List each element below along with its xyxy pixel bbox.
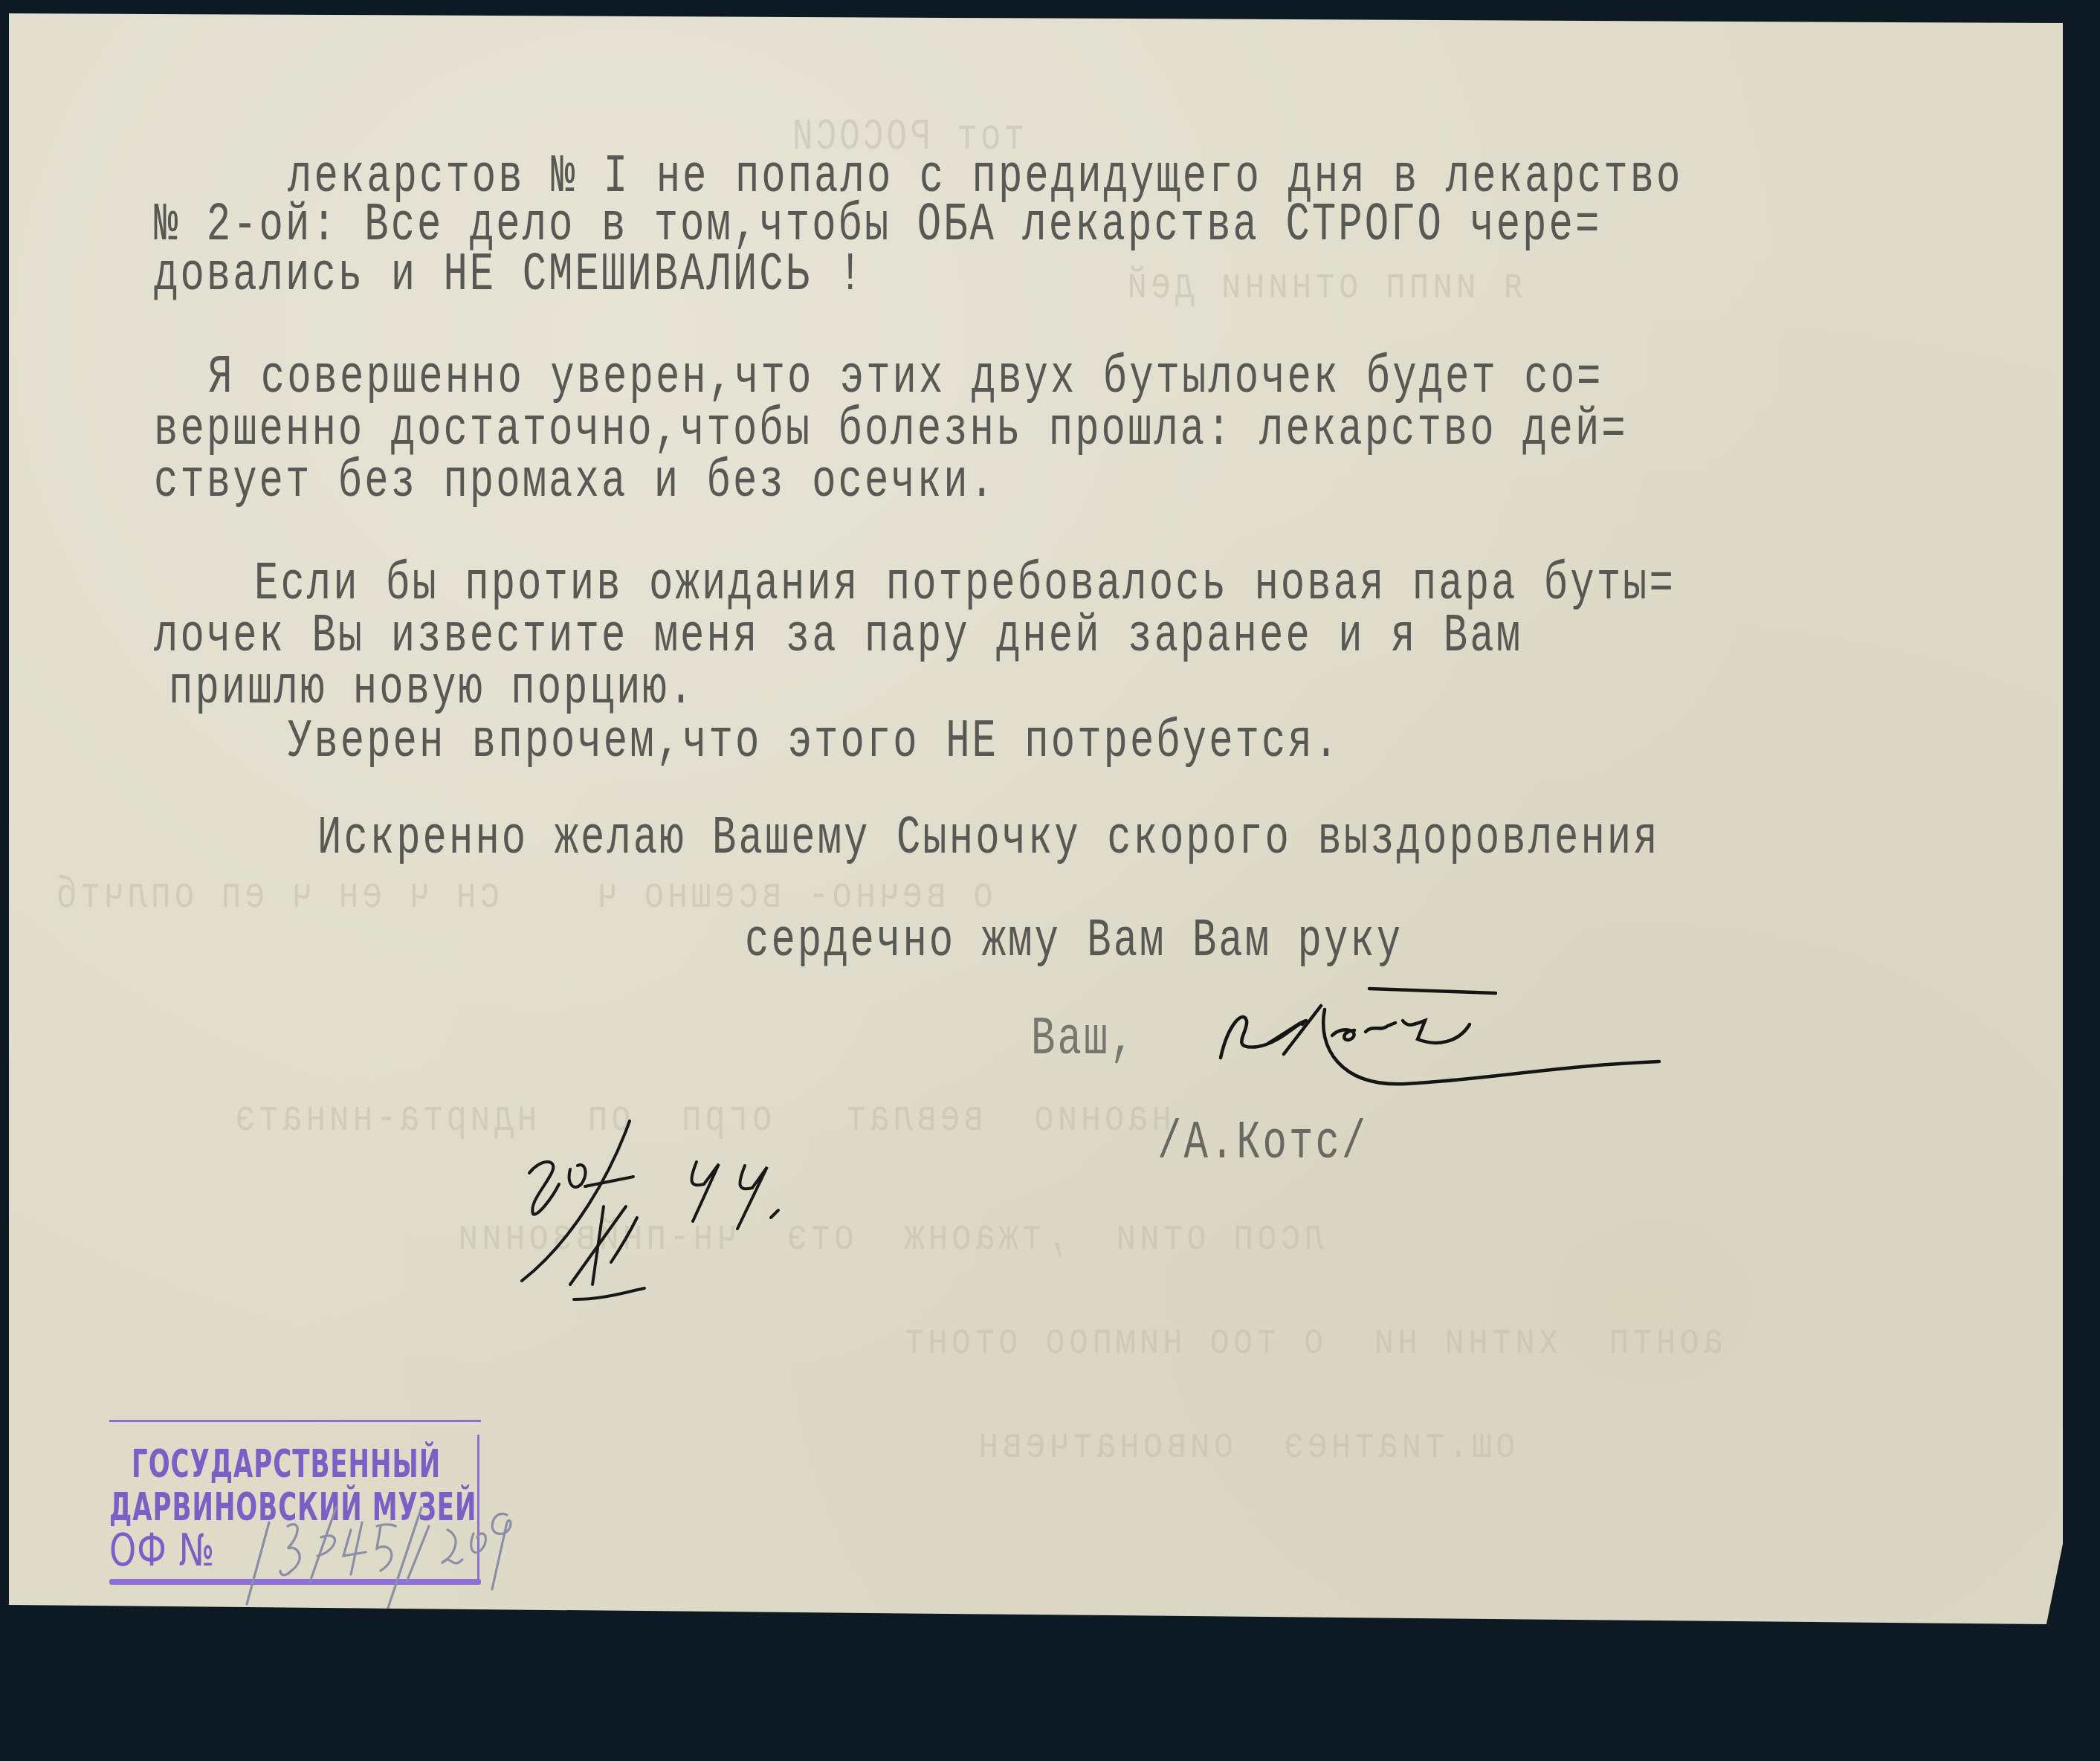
bleed-through-text: аонтп хитни ни о тоо нимпоо отонт bbox=[901, 1316, 1723, 1366]
letter-page: тот РОСОСИ я иипп отнини дей о вечно- вс… bbox=[9, 13, 2063, 1624]
closing-regards: сердечно жму Вам Вам руку bbox=[745, 911, 1403, 972]
letter-text-line: ствует без промаха и без осечки. bbox=[154, 452, 996, 513]
typed-signature-name: /А.Котс/ bbox=[1157, 1114, 1368, 1174]
handwritten-date bbox=[500, 1114, 946, 1351]
letter-text-line: Уверен впрочем,что этого НЕ потребуется. bbox=[288, 712, 1340, 773]
bleed-through-text: я иипп отнини дей bbox=[1124, 260, 1523, 311]
stamp-line-1: ГОСУДАРСТВЕННЫЙ bbox=[132, 1442, 441, 1487]
pencil-inventory-number bbox=[247, 1493, 559, 1664]
letter-text-line: пришлю новую порцию. bbox=[169, 659, 695, 720]
stamp-line-3: ОФ № bbox=[109, 1524, 215, 1576]
bleed-through-text: ош.тиатнеэ оивонатчевн bbox=[975, 1420, 1516, 1470]
valediction: Ваш, bbox=[1031, 1009, 1137, 1070]
closing-wish: Искренно желаю Вашему Сыночку скорого вы… bbox=[317, 809, 1660, 870]
letter-text-line: довались и НЕ СМЕШИВАЛИСЬ ! bbox=[154, 245, 865, 306]
stamp-border-top bbox=[109, 1420, 481, 1422]
handwritten-signature bbox=[1213, 980, 1867, 1106]
